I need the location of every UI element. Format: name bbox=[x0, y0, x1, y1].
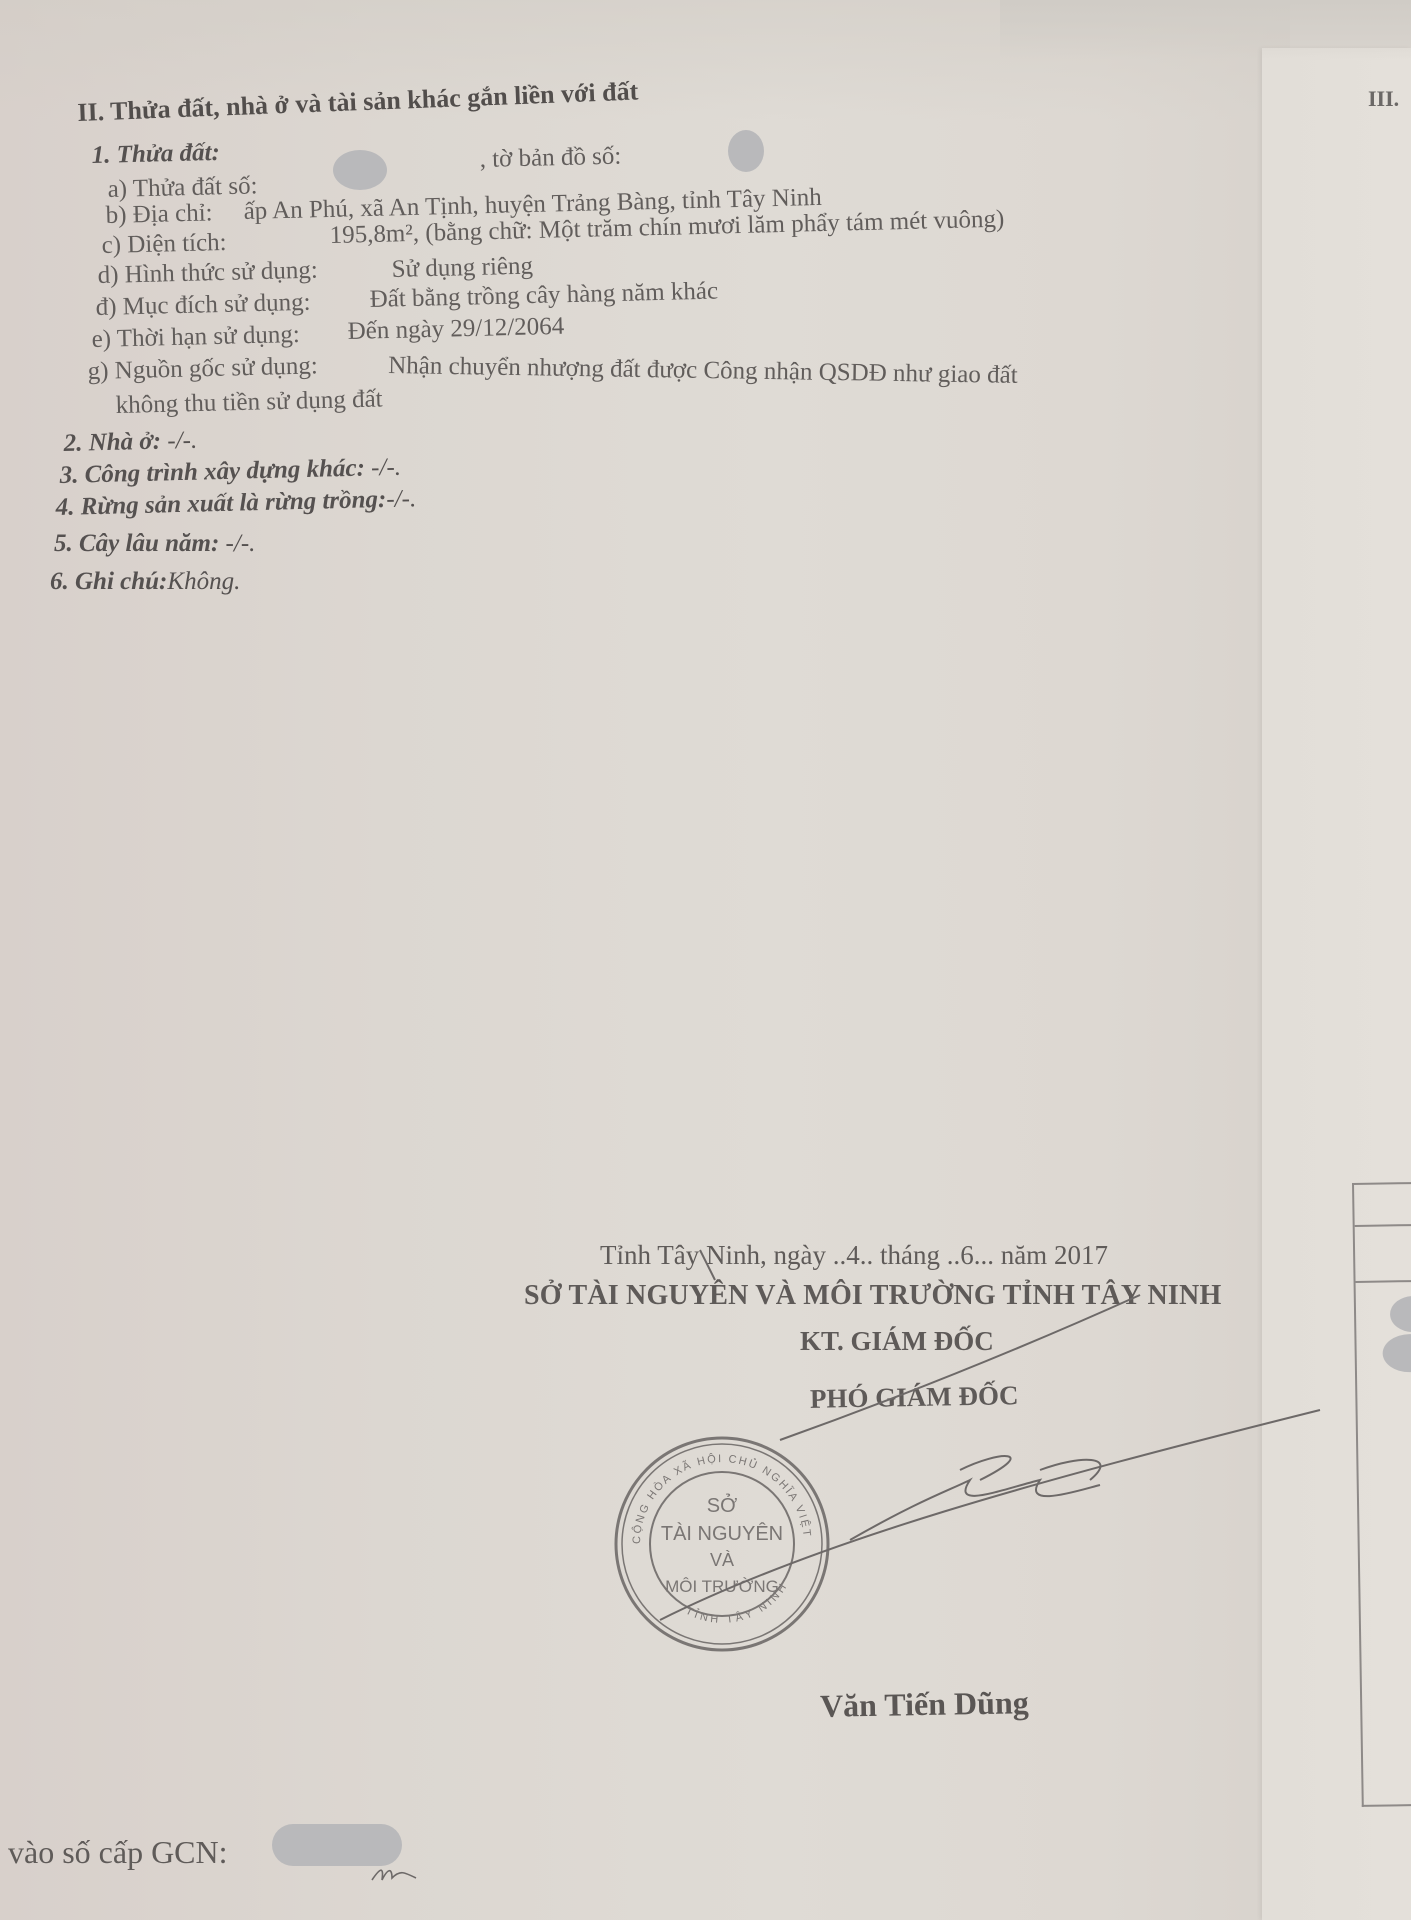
address-label: b) Địa chỉ: bbox=[105, 199, 213, 230]
right-table-redaction-2 bbox=[1382, 1334, 1411, 1373]
term-value: Đến ngày 29/12/2064 bbox=[347, 313, 564, 346]
use-form-label: d) Hình thức sử dụng: bbox=[97, 257, 318, 290]
area-label: c) Diện tích: bbox=[101, 229, 227, 260]
map-sheet-redaction bbox=[728, 130, 764, 172]
right-page-section-number: III. bbox=[1368, 86, 1399, 112]
use-form-value: Sử dụng riêng bbox=[391, 253, 533, 284]
land-parcel-title: 1. Thửa đất: bbox=[91, 139, 220, 170]
right-table-redaction-1 bbox=[1390, 1296, 1411, 1333]
handwritten-initials bbox=[370, 1862, 420, 1886]
handwritten-signature bbox=[620, 1240, 1340, 1660]
page-fold-shadow bbox=[1000, 0, 1411, 60]
origin-label: g) Nguồn gốc sử dụng: bbox=[87, 352, 318, 386]
purpose-label: đ) Mục đích sử dụng: bbox=[95, 289, 311, 322]
gcn-registry-label: vào số cấp GCN: bbox=[8, 1834, 228, 1871]
map-sheet-label: , tờ bản đồ số: bbox=[479, 143, 621, 174]
right-page-table bbox=[1352, 1182, 1411, 1807]
item-notes: 6. Ghi chú:Không. bbox=[50, 568, 240, 596]
item-house: 2. Nhà ở: -/-. bbox=[63, 427, 197, 458]
gcn-number-redaction bbox=[272, 1824, 402, 1866]
parcel-number-redaction bbox=[333, 150, 387, 190]
item-perennial-trees: 5. Cây lâu năm: -/-. bbox=[54, 530, 255, 558]
signer-name: Văn Tiến Dũng bbox=[820, 1684, 1029, 1725]
term-label: e) Thời hạn sử dụng: bbox=[91, 321, 300, 354]
